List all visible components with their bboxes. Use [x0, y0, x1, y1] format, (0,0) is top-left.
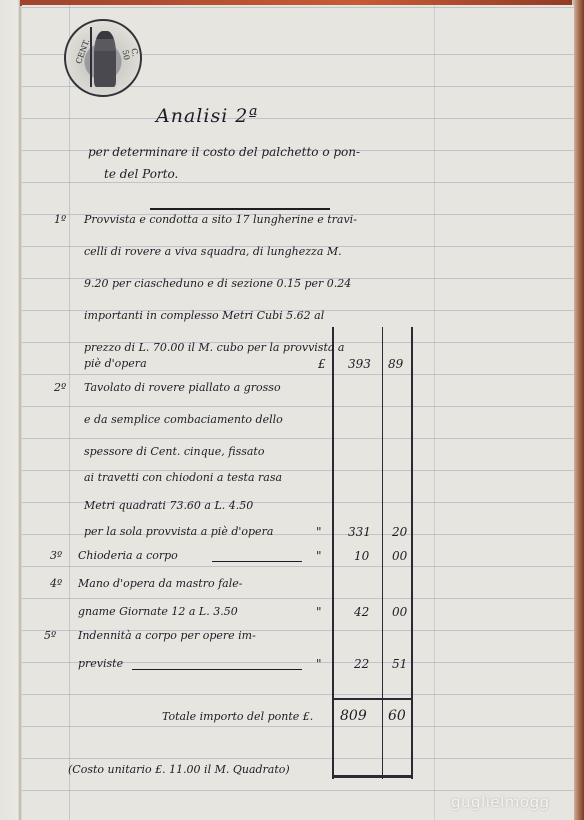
item-line: celli di rovere a viva squadra, di lungh…: [84, 245, 342, 258]
item-line: Mano d'opera da mastro fale-: [78, 577, 242, 590]
title-underline: [150, 208, 330, 210]
amount-cent: 20: [392, 525, 407, 539]
item-number: 4º: [50, 577, 62, 590]
stamp-right-text: C. 50: [121, 48, 142, 69]
amount-cent: 89: [388, 357, 403, 371]
item-line: gname Giornate 12 a L. 3.50: [78, 605, 238, 618]
leader-line: [212, 561, 302, 562]
item-line: spessore di Cent. cinque, fissato: [84, 445, 264, 458]
amount-cent: 00: [392, 605, 407, 619]
item-line: piè d'opera: [84, 357, 147, 370]
item-line: Indennità a corpo per opere im-: [78, 629, 256, 642]
item-line: Chioderia a corpo: [78, 549, 178, 562]
ditto-mark: ": [316, 657, 322, 671]
ledger-page: CENT. C. 50 Analisi 2ª per determinare i…: [22, 5, 574, 820]
item-line: ai travetti con chiodoni a testa rasa: [84, 471, 282, 484]
item-number: 3º: [50, 549, 62, 562]
photographer-watermark: guglielmogg: [451, 793, 550, 811]
amount-lire: 331: [348, 525, 371, 539]
item-line: importanti in complesso Metri Cubi 5.62 …: [84, 309, 324, 322]
amount-lire: 393: [348, 357, 371, 371]
revenue-stamp-icon: CENT. C. 50: [64, 19, 142, 97]
subtitle-line-1: per determinare il costo del palchetto o…: [88, 145, 360, 159]
total-cent: 60: [388, 708, 406, 724]
ditto-mark: ": [316, 525, 322, 539]
item-line: Provvista e condotta a sito 17 lungherin…: [84, 213, 357, 226]
stamp-left-text: CENT.: [74, 38, 91, 65]
item-line: per la sola provvista a piè d'opera: [84, 525, 273, 538]
ditto-mark: ": [316, 549, 322, 563]
item-line: previste: [78, 657, 123, 670]
item-number: 2º: [54, 381, 66, 394]
subtitle-line-2: te del Porto.: [104, 167, 178, 181]
currency-symbol: £: [318, 357, 326, 371]
item-line: Metri quadrati 73.60 a L. 4.50: [84, 499, 253, 512]
column-divider-right: [411, 327, 413, 779]
item-number: 1º: [54, 213, 66, 226]
page-title: Analisi 2ª: [156, 105, 258, 127]
stamp-spear: [90, 27, 92, 87]
item-line: 9.20 per ciascheduno e di sezione 0.15 p…: [84, 277, 351, 290]
item-line: prezzo di L. 70.00 il M. cubo per la pro…: [84, 341, 344, 354]
amount-lire: 22: [354, 657, 369, 671]
total-bottom-double-rule: [332, 775, 412, 778]
amount-cent: 51: [392, 657, 407, 671]
left-margin-line: [69, 5, 70, 820]
total-lire: 809: [340, 708, 367, 724]
unit-cost-note: (Costo unitario £. 11.00 il M. Quadrato): [68, 763, 290, 776]
stamp-figure: [94, 31, 116, 87]
amount-lire: 10: [354, 549, 369, 563]
right-margin-line: [434, 5, 435, 820]
amount-cent: 00: [392, 549, 407, 563]
leader-line: [132, 669, 302, 670]
ditto-mark: ": [316, 605, 322, 619]
total-label: Totale importo del ponte £.: [162, 710, 313, 723]
item-line: e da semplice combaciamento dello: [84, 413, 283, 426]
item-line: Tavolato di rovere piallato a grosso: [84, 381, 281, 394]
column-divider-mid: [382, 327, 383, 779]
column-divider-left: [332, 327, 334, 779]
amount-lire: 42: [354, 605, 369, 619]
total-top-rule: [332, 698, 412, 700]
item-number: 5º: [44, 629, 56, 642]
